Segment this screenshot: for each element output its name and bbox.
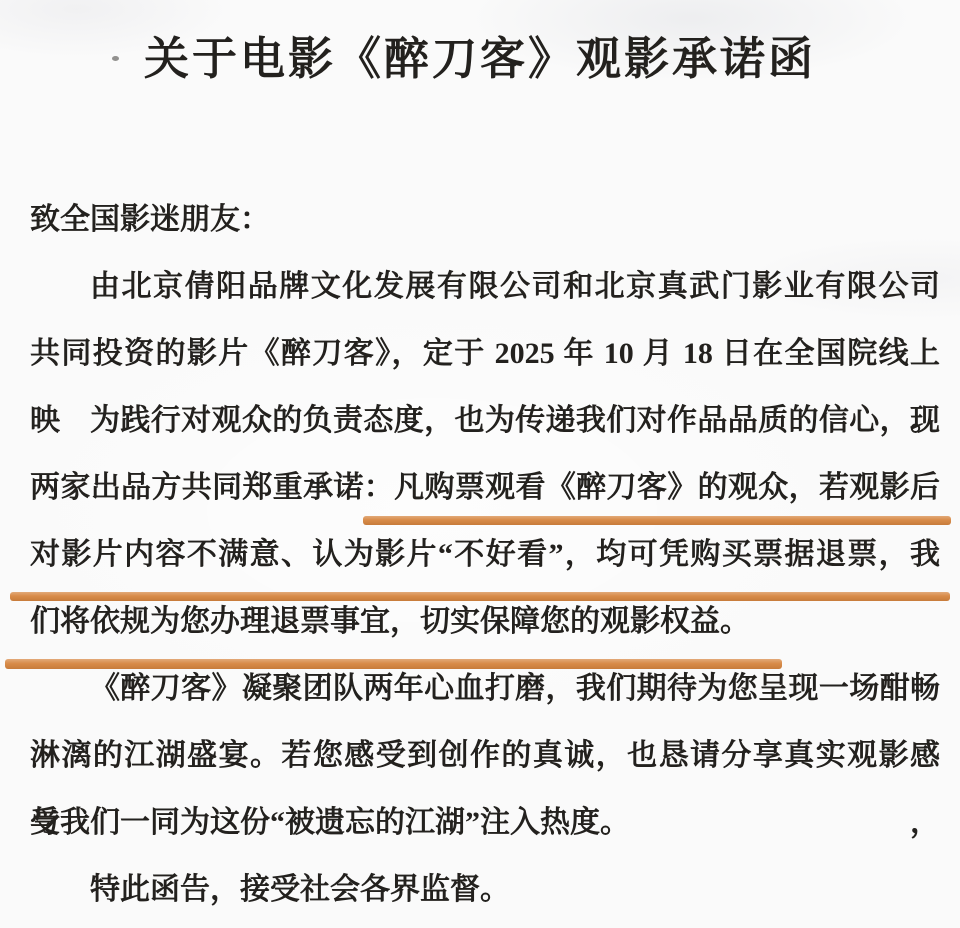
- line-text: 两家出品方共同郑重承诺：凡购票观看《醉刀客》的观众，若观影后: [30, 471, 940, 504]
- line-text: 致全国影迷朋友：: [30, 203, 270, 236]
- document-line: 淋漓的江湖盛宴。若您感受到创作的真诚，也恳请分享真实观影感受，: [30, 722, 940, 789]
- document-line: 《醉刀客》凝聚团队两年心血打磨，我们期待为您呈现一场酣畅: [30, 655, 940, 722]
- line-text: 对影片内容不满意、认为影片“不好看”，均可凭购买票据退票，我: [30, 538, 940, 571]
- line-text: 与我们一同为这份“被遗忘的江湖”注入热度。: [30, 806, 630, 839]
- document-line: 两家出品方共同郑重承诺：凡购票观看《醉刀客》的观众，若观影后: [30, 454, 940, 521]
- document-line: 特此函告，接受社会各界监督。: [30, 856, 940, 923]
- line-text: 由北京倩阳品牌文化发展有限公司和北京真武门影业有限公司: [90, 270, 940, 303]
- document-line: 为践行对观众的负责态度，也为传递我们对作品品质的信心，现: [30, 387, 940, 454]
- document-title: 关于电影《醉刀客》观影承诺函: [0, 22, 960, 87]
- document-line: 由北京倩阳品牌文化发展有限公司和北京真武门影业有限公司: [30, 253, 940, 320]
- line-text: 为践行对观众的负责态度，也为传递我们对作品品质的信心，现: [90, 404, 940, 437]
- document-line: 与我们一同为这份“被遗忘的江湖”注入热度。: [30, 789, 940, 856]
- scanned-letter-page: { "page": { "background": "#fafafa", "te…: [0, 0, 960, 928]
- document-body: 致全国影迷朋友： 由北京倩阳品牌文化发展有限公司和北京真武门影业有限公司 共同投…: [30, 186, 940, 923]
- line-text: 特此函告，接受社会各界监督。: [90, 873, 510, 906]
- scan-speck: [112, 56, 119, 61]
- document-line: 共同投资的影片《醉刀客》，定于 2025 年 10 月 18 日在全国院线上映。: [30, 320, 940, 387]
- line-text: 《醉刀客》凝聚团队两年心血打磨，我们期待为您呈现一场酣畅: [90, 672, 940, 705]
- letter-document: 关于电影《醉刀客》观影承诺函 致全国影迷朋友： 由北京倩阳品牌文化发展有限公司和…: [0, 0, 960, 928]
- line-text: 们将依规为您办理退票事宜，切实保障您的观影权益。: [30, 605, 750, 638]
- document-line: 致全国影迷朋友：: [30, 186, 940, 253]
- document-line: 们将依规为您办理退票事宜，切实保障您的观影权益。: [30, 588, 940, 655]
- document-line: 对影片内容不满意、认为影片“不好看”，均可凭购买票据退票，我: [30, 521, 940, 588]
